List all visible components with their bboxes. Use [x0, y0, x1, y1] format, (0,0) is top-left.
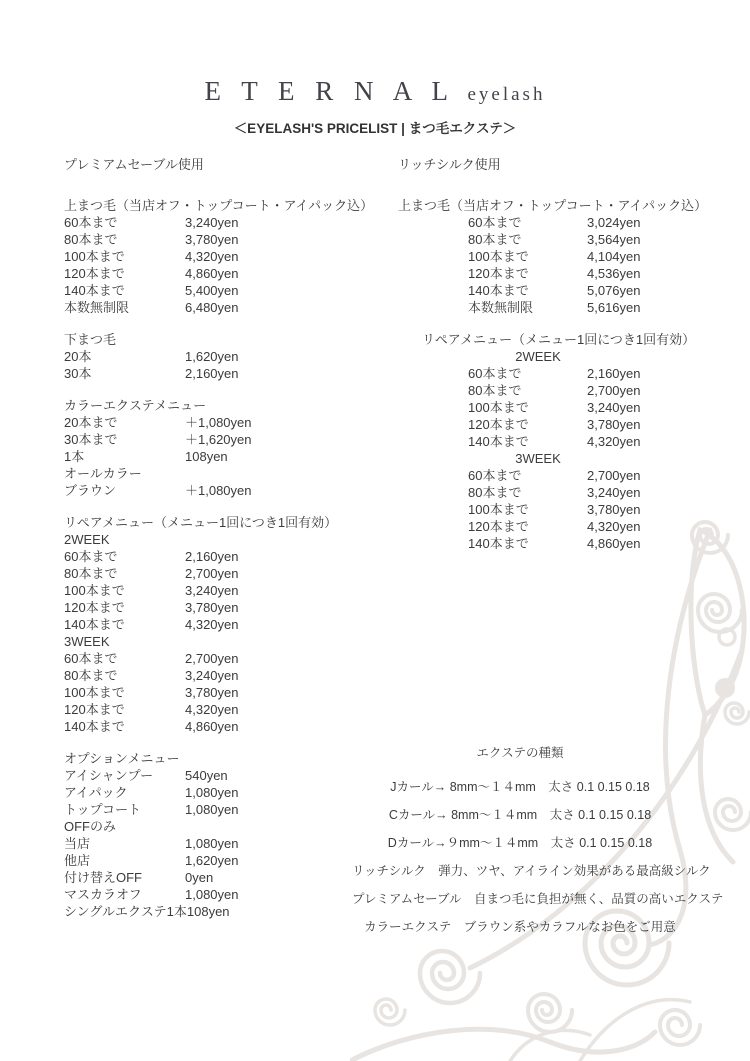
item-label: 80本まで [468, 231, 587, 248]
menu-section: オプションメニューアイシャンプー540yenアイパック1,080yenトップコー… [64, 750, 390, 920]
item-price: 108yen [185, 448, 228, 465]
item-price: 4,320yen [185, 248, 239, 265]
item-price: 3,780yen [185, 599, 239, 616]
price-row: 60本まで2,160yen [398, 365, 698, 382]
item-price: 1,080yen [185, 835, 239, 852]
menu-section: 下まつ毛20本1,620yen30本2,160yen [64, 331, 390, 382]
item-price: 2,700yen [185, 650, 239, 667]
item-label: 60本まで [468, 365, 587, 382]
price-row: 140本まで4,860yen [64, 718, 390, 735]
item-label: 80本まで [468, 382, 587, 399]
item-label: オールカラー [64, 465, 185, 482]
price-row: 140本まで5,400yen [64, 282, 390, 299]
item-price: 108yen [187, 903, 230, 920]
item-label: シングルエクステ1本 [64, 903, 187, 920]
item-price: 3,780yen [587, 501, 641, 518]
item-price: 2,700yen [587, 467, 641, 484]
info-line: Cカール→ 8mm～１４mm 太さ 0.1 0.15 0.18 [352, 807, 688, 824]
premium-sable-column: プレミアムセーブル使用 上まつ毛（当店オフ・トップコート・アイパック込）60本ま… [64, 156, 390, 920]
item-label: 80本まで [64, 565, 185, 582]
item-label: 100本まで [64, 582, 185, 599]
item-price: 1,620yen [185, 348, 239, 365]
item-label: 100本まで [468, 501, 587, 518]
item-price: 3,240yen [587, 484, 641, 501]
item-label: 120本まで [64, 701, 185, 718]
item-price: 3,024yen [587, 214, 641, 231]
item-price: 4,860yen [185, 265, 239, 282]
price-row: 140本まで4,320yen [398, 433, 698, 450]
item-price: 1,080yen [185, 784, 239, 801]
item-label: 他店 [64, 852, 185, 869]
price-row: 本数無制限5,616yen [398, 299, 698, 316]
price-row: 60本まで2,700yen [64, 650, 390, 667]
item-label: OFFのみ [64, 818, 185, 835]
price-row: 本数無制限6,480yen [64, 299, 390, 316]
item-price: 3,780yen [185, 231, 239, 248]
price-row: 当店1,080yen [64, 835, 390, 852]
pricelist-subtitle: ＜EYELASH'S PRICELIST | まつ毛エクステ＞ [0, 120, 750, 137]
item-label: 100本まで [468, 399, 587, 416]
price-row: 付け替えOFF0yen [64, 869, 390, 886]
item-price: 2,160yen [185, 365, 239, 382]
item-label: ブラウン [64, 482, 185, 499]
price-row: マスカラオフ1,080yen [64, 886, 390, 903]
item-price: 1,620yen [185, 852, 239, 869]
price-row: 20本まで＋1,080yen [64, 414, 390, 431]
item-label: 60本まで [64, 650, 185, 667]
item-price: 2,160yen [185, 548, 239, 565]
price-row: 120本まで3,780yen [398, 416, 698, 433]
price-row: 120本まで4,860yen [64, 265, 390, 282]
extension-types-heading: エクステの種類 [352, 745, 688, 762]
item-label: 140本まで [64, 718, 185, 735]
price-row: 80本まで2,700yen [398, 382, 698, 399]
item-price: 4,860yen [587, 535, 641, 552]
item-label: 120本まで [468, 416, 587, 433]
price-row: 140本まで4,860yen [398, 535, 698, 552]
price-row: アイパック1,080yen [64, 784, 390, 801]
item-label: 1本 [64, 448, 185, 465]
salon-logo-accent: eyelash [467, 84, 545, 105]
menu-section: 上まつ毛（当店オフ・トップコート・アイパック込）60本まで3,240yen80本… [64, 197, 390, 316]
item-label: 140本まで [64, 282, 185, 299]
item-price: 3,240yen [587, 399, 641, 416]
item-price: 2,700yen [185, 565, 239, 582]
item-price: 4,860yen [185, 718, 239, 735]
item-label: 20本 [64, 348, 185, 365]
item-label: トップコート [64, 801, 185, 818]
item-label: 100本まで [64, 248, 185, 265]
item-price: 0yen [185, 869, 213, 886]
price-row: 100本まで3,780yen [398, 501, 698, 518]
section-title: 上まつ毛（当店オフ・トップコート・アイパック込） [64, 197, 390, 214]
item-price: 4,104yen [587, 248, 641, 265]
item-label: 付け替えOFF [64, 869, 185, 886]
item-price: 2,700yen [587, 382, 641, 399]
price-row: アイシャンプー540yen [64, 767, 390, 784]
price-row: 140本まで5,076yen [398, 282, 698, 299]
rich-silk-sections: 上まつ毛（当店オフ・トップコート・アイパック込）60本まで3,024yen80本… [398, 197, 698, 552]
header: E T E R N A L eyelash ＜EYELASH'S PRICELI… [0, 76, 750, 137]
item-price: 3,240yen [185, 667, 239, 684]
item-price: 1,080yen [185, 886, 239, 903]
item-price: 5,076yen [587, 282, 641, 299]
item-label: 60本まで [64, 548, 185, 565]
item-label: 当店 [64, 835, 185, 852]
item-label: 60本まで [64, 214, 185, 231]
info-line: Jカール→ 8mm～１４mm 太さ 0.1 0.15 0.18 [352, 779, 688, 796]
price-row: シングルエクステ1本108yen [64, 903, 390, 920]
item-label: 60本まで [468, 214, 587, 231]
item-price: ＋1,080yen [185, 482, 252, 499]
item-price: 6,480yen [185, 299, 239, 316]
section-title: リペアメニュー（メニュー1回につき1回有効） [398, 331, 698, 348]
week-subheader: 3WEEK [398, 450, 678, 467]
item-price: 540yen [185, 767, 228, 784]
column-heading-rich-silk: リッチシルク使用 [398, 156, 698, 173]
item-label: 80本まで [468, 484, 587, 501]
price-row: 1本108yen [64, 448, 390, 465]
item-price: 4,320yen [587, 433, 641, 450]
section-title: オプションメニュー [64, 750, 390, 767]
item-label: 60本まで [468, 467, 587, 484]
item-label: 本数無制限 [64, 299, 185, 316]
section-title: 上まつ毛（当店オフ・トップコート・アイパック込） [398, 197, 698, 214]
week-subheader: 2WEEK [398, 348, 678, 365]
item-price: ＋1,080yen [185, 414, 252, 431]
price-row: 20本1,620yen [64, 348, 390, 365]
info-line: カラーエクステ ブラウン系やカラフルなお色をご用意 [352, 919, 688, 936]
item-price: 3,240yen [185, 214, 239, 231]
price-row: 80本まで3,564yen [398, 231, 698, 248]
column-heading-premium-sable: プレミアムセーブル使用 [64, 156, 390, 173]
price-row: 80本まで3,240yen [64, 667, 390, 684]
pricelist-page: E T E R N A L eyelash ＜EYELASH'S PRICELI… [0, 0, 750, 1061]
item-label: アイパック [64, 784, 185, 801]
price-row: ブラウン＋1,080yen [64, 482, 390, 499]
rich-silk-column: リッチシルク使用 上まつ毛（当店オフ・トップコート・アイパック込）60本まで3,… [398, 156, 698, 552]
price-row: 120本まで3,780yen [64, 599, 390, 616]
item-price: 1,080yen [185, 801, 239, 818]
price-row: 100本まで3,240yen [64, 582, 390, 599]
item-price: ＋1,620yen [185, 431, 252, 448]
item-price: 3,780yen [185, 684, 239, 701]
item-label: 本数無制限 [468, 299, 587, 316]
item-label: 80本まで [64, 667, 185, 684]
price-row: 100本まで3,240yen [398, 399, 698, 416]
price-row: 60本まで3,024yen [398, 214, 698, 231]
price-row: 30本まで＋1,620yen [64, 431, 390, 448]
item-label: 140本まで [468, 535, 587, 552]
item-price: 4,320yen [185, 701, 239, 718]
item-label: 30本まで [64, 431, 185, 448]
item-label: 20本まで [64, 414, 185, 431]
price-row: 60本まで2,160yen [64, 548, 390, 565]
item-label: 120本まで [64, 265, 185, 282]
item-label: アイシャンプー [64, 767, 185, 784]
item-label: 100本まで [64, 684, 185, 701]
info-line: プレミアムセーブル 自まつ毛に負担が無く、品質の高いエクステ [352, 891, 688, 908]
info-line: Dカール→９mm～１４mm 太さ 0.1 0.15 0.18 [352, 835, 688, 852]
price-row: 30本2,160yen [64, 365, 390, 382]
menu-section: 上まつ毛（当店オフ・トップコート・アイパック込）60本まで3,024yen80本… [398, 197, 698, 316]
price-row: 80本まで3,780yen [64, 231, 390, 248]
section-title: 下まつ毛 [64, 331, 390, 348]
item-label: 120本まで [468, 518, 587, 535]
extension-info-lines: Jカール→ 8mm～１４mm 太さ 0.1 0.15 0.18Cカール→ 8mm… [352, 779, 688, 936]
item-label: 2WEEK [64, 531, 185, 548]
menu-section: リペアメニュー（メニュー1回につき1回有効）2WEEK60本まで2,160yen… [64, 514, 390, 735]
item-price: 4,320yen [587, 518, 641, 535]
item-label: 30本 [64, 365, 185, 382]
item-price: 2,160yen [587, 365, 641, 382]
salon-logo-main: E T E R N A L [205, 76, 456, 106]
item-price: 5,616yen [587, 299, 641, 316]
price-row: 140本まで4,320yen [64, 616, 390, 633]
price-row: 120本まで4,536yen [398, 265, 698, 282]
item-price: 3,780yen [587, 416, 641, 433]
salon-logo: E T E R N A L eyelash [0, 76, 750, 110]
price-row: 100本まで4,320yen [64, 248, 390, 265]
item-price: 3,564yen [587, 231, 641, 248]
item-label: 140本まで [64, 616, 185, 633]
menu-section: カラーエクステメニュー20本まで＋1,080yen30本まで＋1,620yen1… [64, 397, 390, 499]
item-price: 3,240yen [185, 582, 239, 599]
item-label: 100本まで [468, 248, 587, 265]
item-label: マスカラオフ [64, 886, 185, 903]
price-row: 60本まで3,240yen [64, 214, 390, 231]
price-row: 80本まで2,700yen [64, 565, 390, 582]
price-row: 60本まで2,700yen [398, 467, 698, 484]
info-line: リッチシルク 弾力、ツヤ、アイライン効果がある最高級シルク [352, 863, 688, 880]
item-label: 3WEEK [64, 633, 185, 650]
item-label: 140本まで [468, 282, 587, 299]
price-row: 120本まで4,320yen [398, 518, 698, 535]
section-title: リペアメニュー（メニュー1回につき1回有効） [64, 514, 390, 531]
item-price: 4,536yen [587, 265, 641, 282]
menu-section: リペアメニュー（メニュー1回につき1回有効）2WEEK60本まで2,160yen… [398, 331, 698, 552]
price-row: 2WEEK [64, 531, 390, 548]
price-row: 100本まで4,104yen [398, 248, 698, 265]
item-price: 5,400yen [185, 282, 239, 299]
item-label: 80本まで [64, 231, 185, 248]
price-row: トップコート1,080yen [64, 801, 390, 818]
premium-sable-sections: 上まつ毛（当店オフ・トップコート・アイパック込）60本まで3,240yen80本… [64, 197, 390, 920]
item-label: 120本まで [468, 265, 587, 282]
item-label: 140本まで [468, 433, 587, 450]
price-row: OFFのみ [64, 818, 390, 835]
item-label: 120本まで [64, 599, 185, 616]
price-row: 他店1,620yen [64, 852, 390, 869]
price-row: 3WEEK [64, 633, 390, 650]
section-title: カラーエクステメニュー [64, 397, 390, 414]
item-price: 4,320yen [185, 616, 239, 633]
price-row: オールカラー [64, 465, 390, 482]
extension-info-block: エクステの種類 Jカール→ 8mm～１４mm 太さ 0.1 0.15 0.18C… [352, 745, 688, 947]
price-row: 120本まで4,320yen [64, 701, 390, 718]
price-row: 80本まで3,240yen [398, 484, 698, 501]
price-row: 100本まで3,780yen [64, 684, 390, 701]
